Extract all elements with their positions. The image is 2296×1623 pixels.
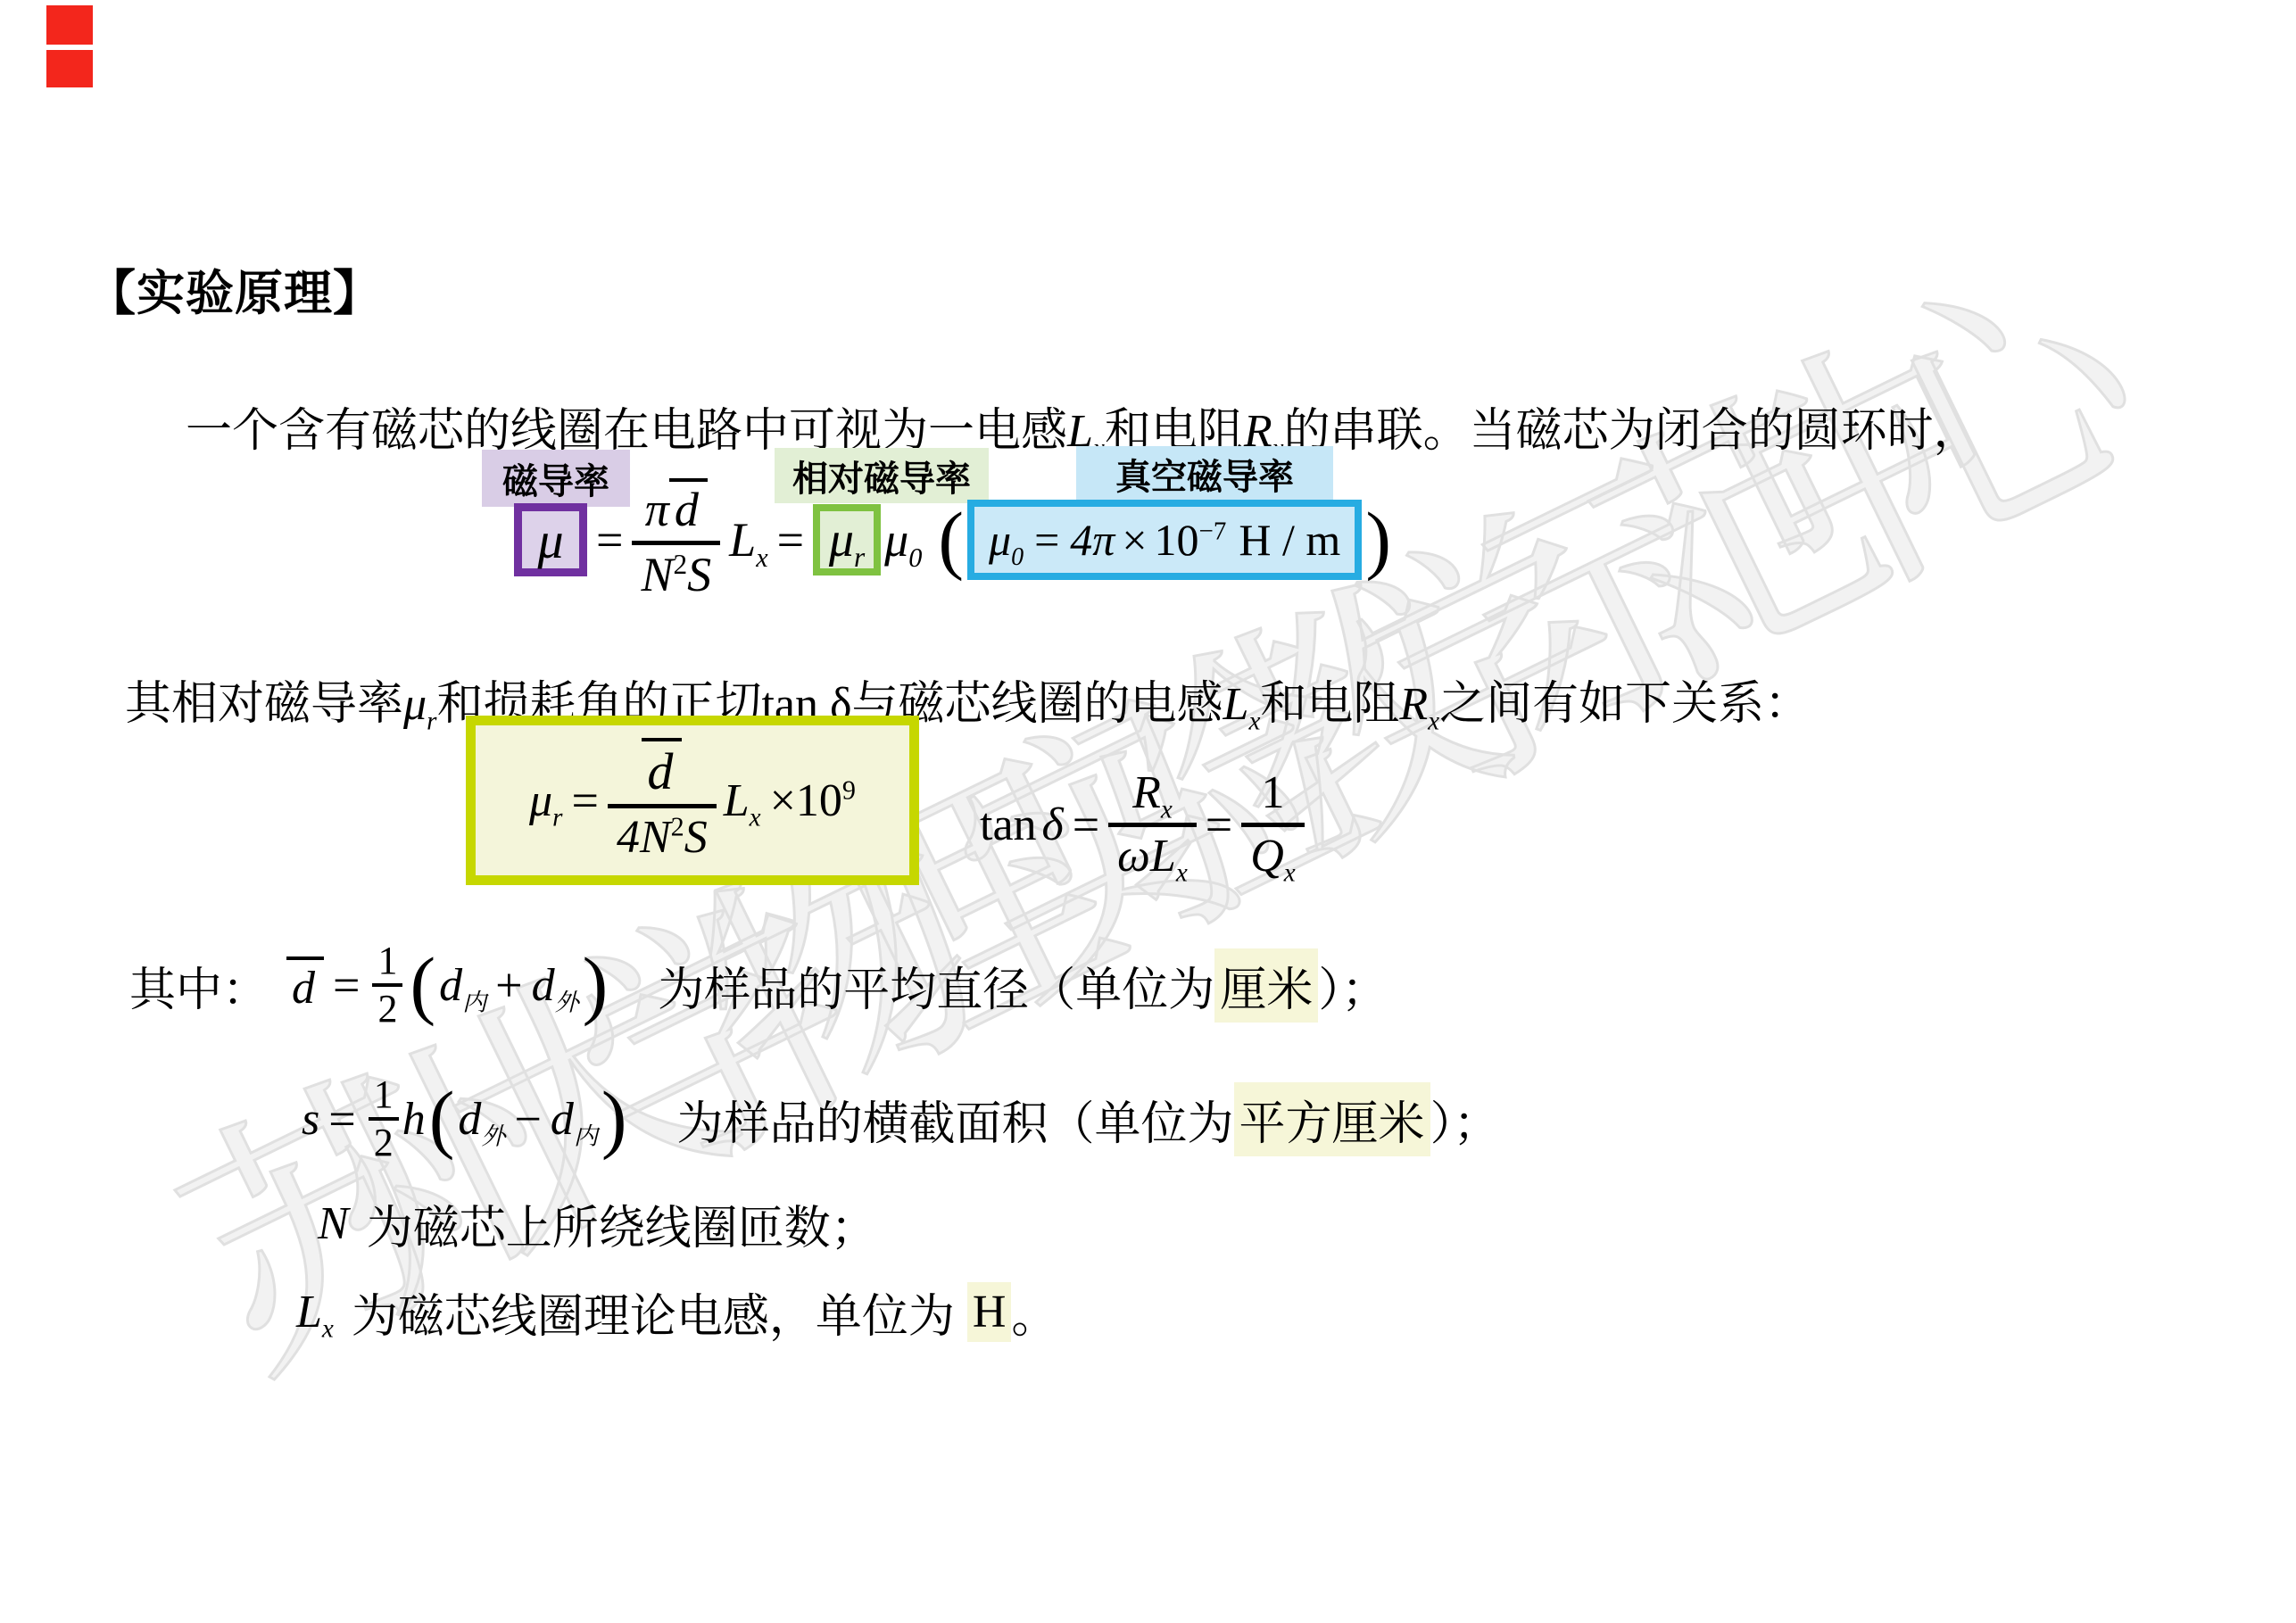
one-half-fraction: 12 (372, 940, 402, 1030)
inductance-symbol: Lx (296, 1286, 334, 1338)
fraction-numerator: d (633, 738, 691, 804)
definition-text: 为磁芯上所绕线圈匝数； (367, 1190, 877, 1257)
unit-highlight-henry: H (967, 1282, 1012, 1342)
definition-cross-section: s = 12 h ( d外 − d内 ) 为样品的横截面积（单位为 平方厘米 ）… (302, 1051, 1500, 1187)
coefficient: 4π (1070, 514, 1115, 566)
inductance-symbol: Lx (729, 512, 767, 567)
paragraph-relation-text-4: 和电阻 (1260, 679, 1399, 730)
fraction-denominator: N2S (632, 541, 720, 601)
tan-text: tan (980, 799, 1037, 851)
definition-text: 为样品的横截面积（单位为 (677, 1086, 1234, 1153)
fraction-numerator: 1 (1252, 767, 1293, 822)
fraction-one-over-qx: 1 Qx (1241, 767, 1304, 881)
mu0-symbol: μ0 (989, 514, 1024, 566)
fraction-pid-over-n2s: πd N2S (632, 478, 720, 601)
equals-sign: = (1206, 797, 1232, 852)
paragraph-intro-text-3: 的串联。当磁芯为闭合的圆环时， (1284, 406, 1980, 457)
unit-highlight-cm: 厘米 (1214, 948, 1318, 1023)
fraction-numerator: Rx (1123, 767, 1181, 822)
section-title: 【实验原理】 (87, 255, 382, 324)
plus-sign: + (495, 957, 522, 1013)
equals-sign: = (328, 1091, 355, 1147)
equals-sign: = (1034, 514, 1059, 566)
close-paren: ) (601, 1084, 627, 1153)
open-paren: ( (429, 1084, 455, 1153)
fraction-d-over-4n2s: d 4N2S (608, 738, 717, 863)
resistance-symbol: Rx (1399, 679, 1439, 730)
definition-text: 为样品的平均直径（单位为 (658, 952, 1214, 1019)
mur-formula-box: μr = d 4N2S Lx ×109 (466, 716, 919, 885)
paragraph-relation-text-1: 其相对磁导率 (125, 679, 403, 730)
dbar-symbol: d (286, 956, 324, 1014)
d-inner-symbol: d内 (439, 959, 486, 1012)
equals-sign: = (777, 512, 804, 567)
equals-sign: = (571, 773, 598, 828)
equals-sign: = (1073, 797, 1099, 852)
red-corner-mark-bottom (46, 50, 93, 87)
red-corner-mark-top (46, 5, 93, 45)
fraction-denominator: 4N2S (608, 804, 717, 863)
close-paren: ) (1365, 505, 1391, 574)
delta-symbol: δ (1042, 799, 1064, 851)
power-of-ten: 10−7 (1155, 514, 1227, 566)
definition-turns: N 为磁芯上所绕线圈匝数； (318, 1194, 877, 1253)
equals-sign: = (333, 957, 360, 1013)
definition-text-end: ）； (1430, 1086, 1500, 1153)
times-ten-ninth: ×109 (770, 774, 856, 827)
mu-boxed-symbol: μ (514, 503, 587, 576)
h-symbol: h (402, 1093, 426, 1146)
vacuum-permeability-boxed-formula: μ0 = 4π × 10−7 H / m (967, 500, 1362, 580)
fraction-rx-over-wlx: Rx ωLx (1108, 767, 1197, 881)
fraction-numerator: πd (636, 478, 717, 540)
definition-text: 为磁芯线圈理论电感，单位为 (352, 1279, 955, 1346)
fraction-denominator: Qx (1241, 823, 1304, 882)
mur-symbol: μr (529, 774, 562, 827)
formula-permeability: μ = πd N2S Lx = μr μ0 ( μ0 = 4π × 10−7 H… (514, 460, 1395, 619)
inductance-symbol: Lx (1223, 679, 1261, 730)
unit-h-per-m: H / m (1239, 514, 1340, 566)
mur-symbol: μr (403, 679, 436, 730)
formula-tan-delta: tan δ = Rx ωLx = 1 Qx (980, 737, 1305, 912)
one-half-fraction: 12 (369, 1074, 399, 1163)
definition-text-end: 。 (1011, 1279, 1057, 1346)
open-paren: ( (410, 950, 435, 1019)
close-paren: ) (583, 950, 609, 1019)
definition-inductance: Lx 为磁芯线圈理论电感，单位为 H 。 (296, 1272, 1057, 1351)
mu0-symbol: μ0 (884, 512, 922, 567)
unit-highlight-cm2: 平方厘米 (1234, 1082, 1430, 1156)
d-inner-symbol: d内 (551, 1093, 598, 1146)
definition-mean-diameter: 其中： d = 12 ( d内 + d外 ) 为样品的平均直径（单位为 厘米 ）… (129, 917, 1388, 1053)
open-paren: ( (938, 505, 964, 574)
s-symbol: s (302, 1093, 319, 1146)
times-sign: × (1122, 514, 1147, 566)
n-symbol: N (318, 1197, 349, 1250)
minus-sign: − (514, 1091, 541, 1147)
definition-text-end: ）； (1318, 952, 1388, 1019)
paragraph-relation: 其相对磁导率μr和损耗角的正切tan δ与磁芯线圈的电感Lx和电阻Rx之间有如下… (125, 666, 1811, 733)
inductance-symbol: Lx (724, 774, 761, 827)
d-outer-symbol: d外 (458, 1093, 505, 1146)
equals-sign: = (596, 512, 623, 567)
d-outer-symbol: d外 (532, 959, 579, 1012)
where-lead: 其中： (129, 952, 269, 1019)
mur-boxed-symbol: μr (813, 504, 881, 576)
fraction-denominator: ωLx (1108, 823, 1197, 882)
paragraph-relation-text-5: 之间有如下关系： (1439, 679, 1811, 730)
